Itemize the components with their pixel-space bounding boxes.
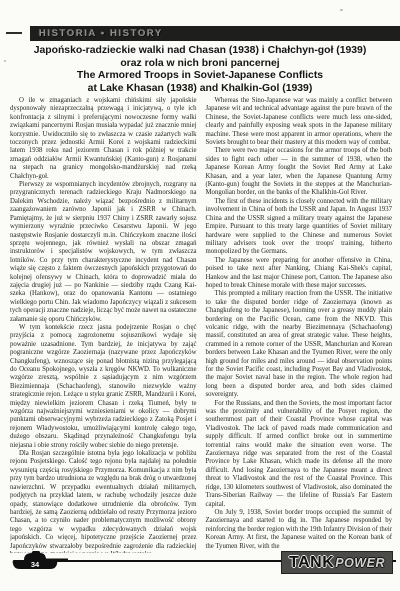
paragraph: There were two major occasions for the a… bbox=[206, 147, 393, 197]
header-dash bbox=[6, 32, 22, 34]
article-body: O ile w zmaganiach z wojskami chińskimi … bbox=[10, 97, 392, 553]
paragraph: The first of these incidents is closely … bbox=[206, 198, 393, 257]
paragraph: For the Russians, and then the Soviets, … bbox=[206, 400, 393, 509]
title-line-en-2: at Lake Khasan (1938) and Khalkin-Gol (1… bbox=[0, 83, 400, 96]
page-number-tank-icon: 34 bbox=[10, 548, 68, 574]
paragraph: Pierwszy ze wspomnianych incydentów zbro… bbox=[10, 181, 197, 324]
page-number: 34 bbox=[31, 560, 40, 569]
logo-text-power: POWER bbox=[335, 556, 385, 570]
logo-text-tank: TANK bbox=[289, 554, 334, 572]
title-line-pl-2: oraz rola w nich broni pancernej bbox=[0, 58, 400, 71]
tank-silhouette-icon: 34 bbox=[10, 548, 68, 574]
tankpower-logo: TANK POWER bbox=[281, 551, 393, 574]
paragraph: Whereas the Sino-Japanese war was mainly… bbox=[206, 97, 393, 147]
paragraph: Dla Rosjan szczególnie istotna była jego… bbox=[10, 450, 197, 553]
paragraph: W tym kontekście rzecz jasna podejrzenie… bbox=[10, 324, 197, 450]
paragraph: This prompted a military reaction from t… bbox=[206, 290, 393, 399]
scan-speck bbox=[340, 9, 343, 11]
article-title: Japońsko-radzieckie walki nad Chasan (19… bbox=[0, 45, 400, 95]
section-header-bar: HISTORIA • HISTORY bbox=[30, 26, 400, 41]
paragraph: The Japanese were preparing for another … bbox=[206, 257, 393, 291]
title-line-pl-1: Japońsko-radzieckie walki nad Chasan (19… bbox=[0, 45, 400, 58]
paragraph: O ile w zmaganiach z wojskami chińskimi … bbox=[10, 97, 197, 181]
section-header-label: HISTORIA • HISTORY bbox=[39, 28, 163, 39]
paragraph: On July 9, 1938, Soviet border troops oc… bbox=[206, 509, 393, 551]
column-english: Whereas the Sino-Japanese war was mainly… bbox=[206, 97, 393, 553]
title-line-en-1: The Armored Troops in Soviet-Japanese Co… bbox=[0, 70, 400, 83]
column-polish: O ile w zmaganiach z wojskami chińskimi … bbox=[10, 97, 197, 553]
